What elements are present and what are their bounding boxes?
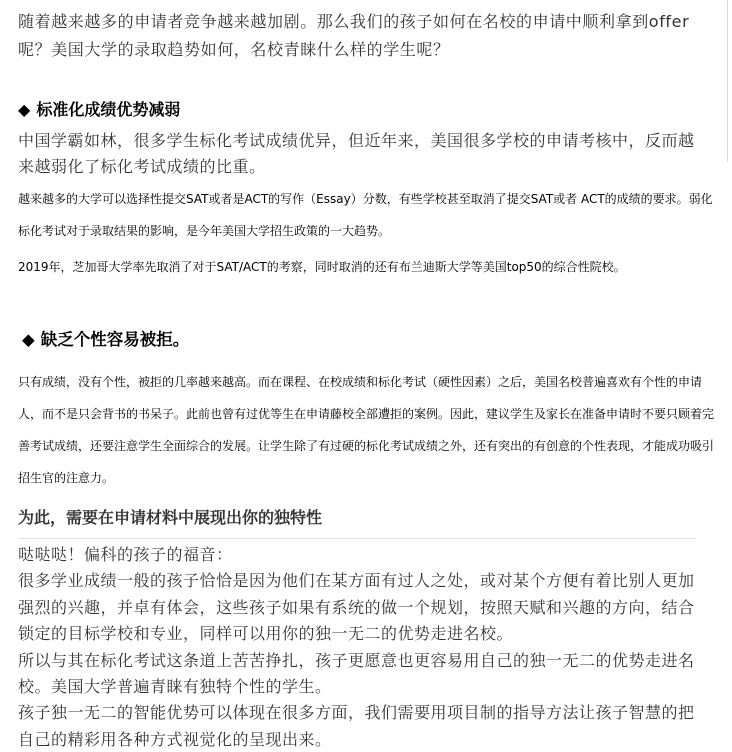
- section3-paragraph: 所以与其在标化考试这条道上苦苦挣扎，孩子更愿意也更容易用自己的独一无二的优势走进…: [18, 648, 708, 701]
- section3-paragraph: 孩子独一无二的智能优势可以体现在很多方面，我们需要用项目制的指导方法让孩子智慧的…: [18, 700, 708, 752]
- section-heading-lack-personality: ◆缺乏个性容易被拒。: [22, 327, 189, 353]
- section3-body: 哒哒哒！偏科的孩子的福音： 很多学业成绩一般的孩子恰恰是因为他们在某方面有过人之…: [18, 542, 708, 752]
- section2-paragraph: 只有成绩，没有个性，被拒的几率越来越高。而在课程、在校成绩和标化考试（硬性因素）…: [18, 366, 718, 494]
- section1-paragraph: 越来越多的大学可以选择性提交SAT或者是ACT的写作（Essay）分数，有些学校…: [18, 183, 718, 247]
- diamond-bullet-icon: ◆: [22, 327, 35, 353]
- uniqueness-heading: 为此，需要在申请材料中展现出你的独特性: [18, 506, 322, 530]
- section-title: 缺乏个性容易被拒。: [41, 330, 190, 349]
- section-heading-standardized-scores: ◆标准化成绩优势减弱: [18, 98, 180, 122]
- section1-paragraph: 2019年，芝加哥大学率先取消了对于SAT/ACT的考察，同时取消的还有布兰迪斯…: [18, 251, 718, 283]
- section-title: 标准化成绩优势减弱: [36, 100, 180, 119]
- intro-paragraph: 随着越来越多的申请者竞争越来越加剧。那么我们的孩子如何在名校的申请中顺利拿到of…: [18, 8, 708, 64]
- section3-paragraph: 哒哒哒！偏科的孩子的福音：: [18, 542, 708, 568]
- diamond-bullet-icon: ◆: [18, 98, 30, 122]
- section3-paragraph: 很多学业成绩一般的孩子恰恰是因为他们在某方面有过人之处，或对某个方便有着比别人更…: [18, 568, 708, 647]
- divider: [18, 538, 695, 539]
- content-border: [727, 0, 728, 162]
- section1-lead-paragraph: 中国学霸如林，很多学生标化考试成绩优异，但近年来，美国很多学校的申请考核中，反而…: [18, 128, 708, 180]
